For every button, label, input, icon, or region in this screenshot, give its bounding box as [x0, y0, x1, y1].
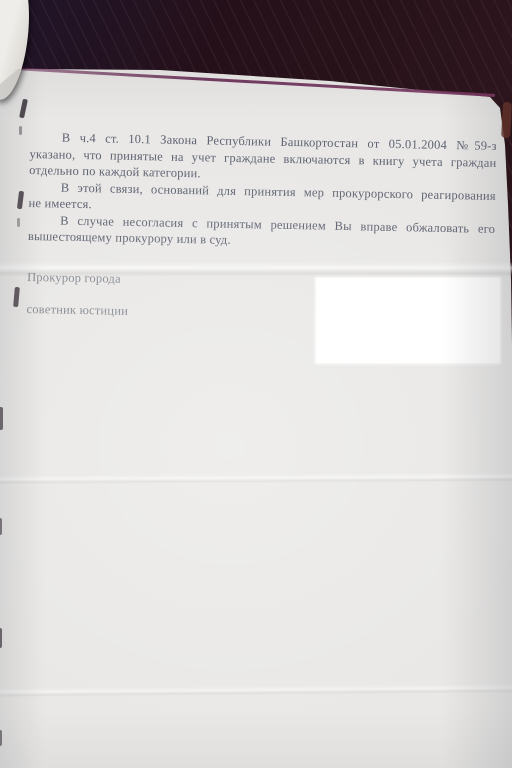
photo-of-document: В ч.4 ст. 10.1 Закона Республики Башкорт… [0, 0, 512, 768]
table-edge-mark [501, 102, 512, 138]
binding-stitch-mark [19, 126, 22, 135]
document-paper [0, 0, 512, 768]
binding-stitch-mark [0, 407, 3, 430]
binding-stitch-mark [0, 730, 2, 746]
redaction-box [316, 278, 500, 363]
body-paragraph: В ч.4 ст. 10.1 Закона Республики Башкорт… [29, 129, 497, 187]
binding-stitch-mark [17, 218, 20, 227]
binding-stitch-mark [0, 628, 2, 648]
binding-stitch-mark [0, 518, 2, 535]
